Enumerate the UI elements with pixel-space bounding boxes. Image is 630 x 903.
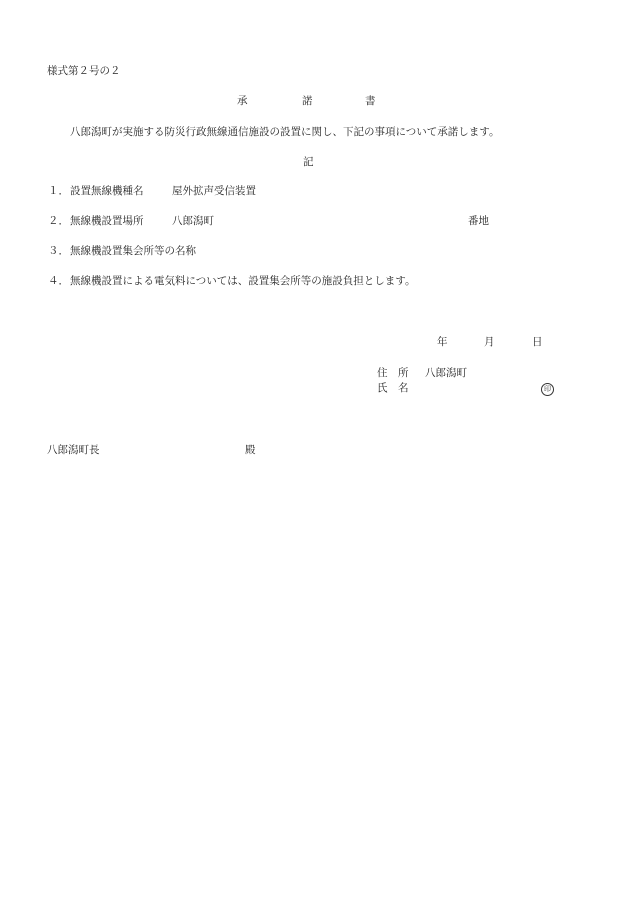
intro-text: 八郎潟町が実施する防災行政無線通信施設の設置に関し、下記の事項について承諾します… <box>70 125 499 139</box>
item-number: ２． <box>48 214 69 228</box>
item-number: ３． <box>48 244 69 258</box>
item-label: 設置無線機種名 <box>70 184 144 198</box>
item-number: ４． <box>48 274 69 288</box>
item-number: １． <box>48 184 69 198</box>
seal-icon: 印 <box>541 383 554 396</box>
item-label: 無線機設置場所 <box>70 214 144 228</box>
name-label: 氏 名 <box>377 381 409 395</box>
date-month: 月 <box>484 335 495 349</box>
item-label: 無線機設置による電気料については、設置集会所等の施設負担とします。 <box>70 274 415 288</box>
item-value: 八郎潟町 <box>172 214 214 228</box>
item-value: 屋外拡声受信装置 <box>172 184 256 198</box>
title-char-3: 書 <box>365 94 376 108</box>
addressee-title: 八郎潟町長 <box>47 443 100 457</box>
addressee-honorific: 殿 <box>245 443 256 457</box>
ki-heading: 記 <box>303 155 314 169</box>
item-label: 無線機設置集会所等の名称 <box>70 244 196 258</box>
item-suffix: 番地 <box>468 214 489 228</box>
date-year: 年 <box>437 335 448 349</box>
form-number: 様式第２号の２ <box>47 64 121 78</box>
address-value: 八郎潟町 <box>425 366 467 380</box>
title-char-2: 諾 <box>302 94 313 108</box>
title-char-1: 承 <box>237 94 248 108</box>
address-label: 住 所 <box>377 366 409 380</box>
date-day: 日 <box>532 335 543 349</box>
